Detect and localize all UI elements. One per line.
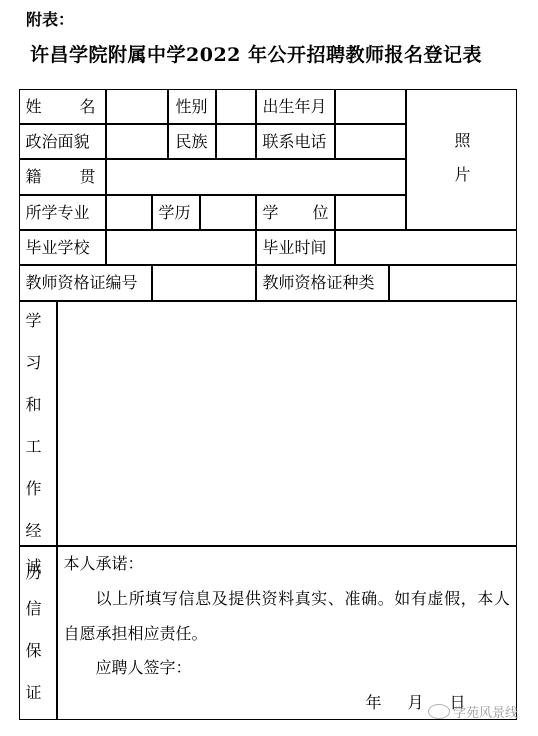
watermark-text: 学苑风景线 — [453, 706, 518, 721]
grad-time-label-cell: 毕业时间 — [256, 230, 335, 265]
major-label: 所学专业 — [26, 205, 90, 221]
school-label-cell: 毕业学校 — [19, 230, 106, 265]
photo-cell[interactable]: 照 片 — [406, 89, 517, 230]
cert-type-label: 教师资格证种类 — [263, 275, 375, 291]
education-input-cell[interactable] — [200, 195, 256, 230]
native-label-a: 籍 — [26, 169, 42, 185]
degree-label-a: 学 — [263, 205, 279, 221]
watermark: 学苑风景线 — [428, 702, 518, 721]
phone-label: 联系电话 — [263, 134, 327, 150]
grad-time-label: 毕业时间 — [263, 240, 327, 256]
degree-label-cell: 学 位 — [256, 195, 335, 230]
cert-no-label: 教师资格证编号 — [26, 275, 138, 291]
gender-label-cell: 性别 — [168, 89, 216, 124]
experience-char: 经 — [26, 518, 42, 541]
degree-input-cell[interactable] — [335, 195, 406, 230]
degree-label-b: 位 — [312, 205, 328, 221]
date-month-label: 月 — [408, 695, 424, 711]
education-label: 学历 — [159, 205, 191, 221]
photo-label-char1: 照 — [455, 133, 471, 149]
name-label-a: 姓 — [26, 99, 42, 115]
integrity-pledge-cell: 本人承诺： 以上所填写信息及提供资料真实、准确。如有虚假，本人 自愿承担相应责任… — [57, 546, 517, 720]
phone-input-cell[interactable] — [335, 124, 406, 159]
name-label-cell: 姓 名 — [19, 89, 106, 124]
experience-char: 工 — [26, 434, 42, 457]
registration-form-table: 姓 名 性别 出生年月 照 片 政治面貌 民族 联系电话 籍 贯 所学专业 — [19, 89, 517, 720]
appendix-label: 附表： — [26, 7, 74, 30]
ethnicity-label: 民族 — [176, 134, 208, 150]
birth-input-cell[interactable] — [335, 89, 406, 124]
experience-input-cell[interactable] — [57, 301, 517, 546]
experience-char: 和 — [26, 392, 42, 415]
grad-time-input-cell[interactable] — [335, 230, 517, 265]
political-input-cell[interactable] — [106, 124, 168, 159]
school-label: 毕业学校 — [26, 240, 90, 256]
experience-char: 作 — [26, 476, 42, 499]
cert-no-input-cell[interactable] — [152, 265, 256, 301]
page-title: 许昌学院附属中学2022 年公开招聘教师报名登记表 — [30, 40, 482, 67]
experience-char: 习 — [26, 350, 42, 373]
education-label-cell: 学历 — [152, 195, 200, 230]
photo-label-char2: 片 — [455, 167, 471, 183]
pledge-line-2: 自愿承担相应责任。 — [64, 626, 208, 642]
native-label-b: 贯 — [79, 169, 95, 185]
integrity-char: 证 — [26, 680, 42, 703]
date-year-label: 年 — [366, 695, 382, 711]
native-place-label-cell: 籍 贯 — [19, 159, 106, 195]
gender-input-cell[interactable] — [216, 89, 256, 124]
major-input-cell[interactable] — [106, 195, 152, 230]
experience-label: 学 习 和 工 作 经 历 — [26, 308, 42, 583]
name-input-cell[interactable] — [106, 89, 168, 124]
integrity-label-cell: 诚 信 保 证 — [19, 546, 57, 720]
wechat-icon — [428, 704, 450, 719]
experience-char: 学 — [26, 308, 42, 331]
birth-label: 出生年月 — [263, 99, 327, 115]
integrity-char: 信 — [26, 596, 42, 619]
pledge-heading: 本人承诺： — [64, 556, 144, 572]
cert-no-label-cell: 教师资格证编号 — [19, 265, 152, 301]
ethnicity-input-cell[interactable] — [216, 124, 256, 159]
major-label-cell: 所学专业 — [19, 195, 106, 230]
signature-label: 应聘人签字： — [96, 660, 192, 676]
cert-type-input-cell[interactable] — [389, 265, 517, 301]
political-label: 政治面貌 — [26, 134, 90, 150]
integrity-label: 诚 信 保 证 — [26, 554, 42, 703]
name-label-b: 名 — [79, 99, 95, 115]
birth-label-cell: 出生年月 — [256, 89, 335, 124]
cert-type-label-cell: 教师资格证种类 — [256, 265, 389, 301]
experience-label-cell: 学 习 和 工 作 经 历 — [19, 301, 57, 546]
integrity-char: 诚 — [26, 554, 42, 577]
political-label-cell: 政治面貌 — [19, 124, 106, 159]
phone-label-cell: 联系电话 — [256, 124, 335, 159]
school-input-cell[interactable] — [106, 230, 256, 265]
gender-label: 性别 — [176, 99, 208, 115]
ethnicity-label-cell: 民族 — [168, 124, 216, 159]
pledge-line-1: 以上所填写信息及提供资料真实、准确。如有虚假，本人 — [96, 591, 511, 607]
native-place-input-cell[interactable] — [106, 159, 406, 195]
integrity-char: 保 — [26, 638, 42, 661]
